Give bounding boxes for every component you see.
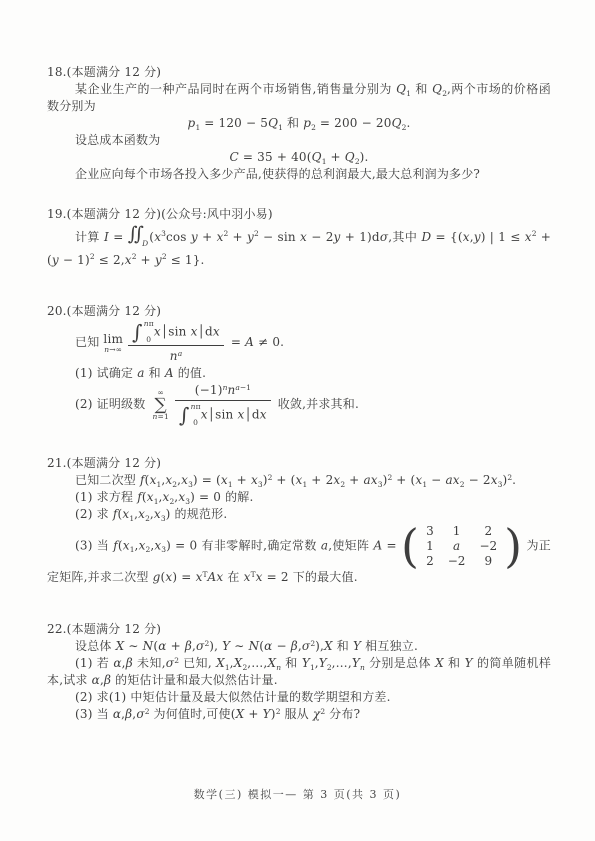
problem-text-line: (2) 证明级数 ∞∑n=1(−1)nna−1∫nπ0x│sin x│dx 收敛… bbox=[47, 382, 551, 427]
matrix-cell: 9 bbox=[472, 554, 504, 569]
matrix-cell: −2 bbox=[441, 554, 473, 569]
matrix-left-paren: ( bbox=[401, 523, 419, 569]
matrix-row: 2−29 bbox=[419, 554, 504, 569]
matrix: (3121a−22−29) bbox=[401, 523, 522, 569]
problem-text-line: 设总体 X ∼ N(α + β,σ2), Y ∼ N(α − β,σ2),X 和… bbox=[47, 638, 551, 655]
problem-heading: 18.(本题满分 12 分) bbox=[47, 64, 551, 81]
matrix-cell: a bbox=[441, 539, 473, 554]
problem-text-line: 企业应向每个市场各投入多少产品,使获得的总利润最大,最大总利润为多少? bbox=[47, 166, 551, 183]
integral-operator: ∫nπ0 bbox=[132, 320, 154, 344]
matrix-row: 1a−2 bbox=[419, 539, 504, 554]
fraction: ∫nπ0x│sin x│dxna bbox=[128, 320, 224, 365]
matrix-cell: 1 bbox=[441, 524, 473, 539]
matrix-row: 312 bbox=[419, 524, 504, 539]
problem-19: 19.(本题满分 12 分)(公众号:风中羽小易)计算 I = ∬D(x3cos… bbox=[47, 206, 551, 269]
problem-text-line: (1) 若 α,β 未知,σ2 已知, X1,X2,…,Xn 和 Y1,Y2,…… bbox=[47, 655, 551, 689]
problem-text-line: (3) 当 f(x1,x2,x3) = 0 有非零解时,确定常数 a,使矩阵 A… bbox=[47, 523, 551, 586]
problem-22: 22.(本题满分 12 分)设总体 X ∼ N(α + β,σ2), Y ∼ N… bbox=[47, 621, 551, 723]
problem-text-line: (2) 求(1) 中矩估计量及最大似然估计量的数学期望和方差. bbox=[47, 689, 551, 706]
problem-text-line: 已知 limn→∞∫nπ0x│sin x│dxna = A ≠ 0. bbox=[47, 320, 551, 365]
problem-18: 18.(本题满分 12 分)某企业生产的一种产品同时在两个市场销售,销售量分别为… bbox=[47, 64, 551, 183]
double-integral-operator: ∬D bbox=[128, 223, 150, 252]
fraction: (−1)nna−1∫nπ0x│sin x│dx bbox=[175, 382, 271, 427]
problem-text-line: p1 = 120 − 5Q1 和 p2 = 200 − 20Q2. bbox=[47, 115, 551, 132]
exam-page: 18.(本题满分 12 分)某企业生产的一种产品同时在两个市场销售,销售量分别为… bbox=[0, 0, 595, 841]
problem-text-line: (3) 当 α,β,σ2 为何值时,可使(X + Y)2 服从 χ2 分布? bbox=[47, 706, 551, 723]
integral-operator: ∫nπ0 bbox=[179, 403, 201, 427]
matrix-cell: 2 bbox=[472, 524, 504, 539]
problem-text-line: 计算 I = ∬D(x3cos y + x2 + y2 − sin x − 2y… bbox=[47, 223, 551, 269]
problem-text-line: (1) 求方程 f(x1,x2,x3) = 0 的解. bbox=[47, 489, 551, 506]
problem-20: 20.(本题满分 12 分)已知 limn→∞∫nπ0x│sin x│dxna … bbox=[47, 303, 551, 427]
matrix-cell: 3 bbox=[419, 524, 441, 539]
problem-heading: 21.(本题满分 12 分) bbox=[47, 455, 551, 472]
problem-text-line: 设总成本函数为 bbox=[47, 132, 551, 149]
page-footer: 数学(三) 模拟一— 第 3 页(共 3 页) bbox=[0, 786, 595, 802]
limit-operator: limn→∞ bbox=[103, 333, 123, 353]
problem-text-line: 某企业生产的一种产品同时在两个市场销售,销售量分别为 Q1 和 Q2,两个市场的… bbox=[47, 81, 551, 115]
matrix-cell: −2 bbox=[472, 539, 504, 554]
matrix-right-paren: ) bbox=[504, 523, 522, 569]
summation-operator: ∞∑n=1 bbox=[152, 389, 169, 421]
matrix-cell: 2 bbox=[419, 554, 441, 569]
problem-text-line: (1) 试确定 a 和 A 的值. bbox=[47, 365, 551, 382]
problem-21: 21.(本题满分 12 分)已知二次型 f(x1,x2,x3) = (x1 + … bbox=[47, 455, 551, 586]
problem-text-line: (2) 求 f(x1,x2,x3) 的规范形. bbox=[47, 506, 551, 523]
matrix-cell: 1 bbox=[419, 539, 441, 554]
problem-text-line: 已知二次型 f(x1,x2,x3) = (x1 + x3)2 + (x1 + 2… bbox=[47, 472, 551, 489]
problem-heading: 22.(本题满分 12 分) bbox=[47, 621, 551, 638]
problem-heading: 19.(本题满分 12 分)(公众号:风中羽小易) bbox=[47, 206, 551, 223]
problem-heading: 20.(本题满分 12 分) bbox=[47, 303, 551, 320]
problem-text-line: C = 35 + 40(Q1 + Q2). bbox=[47, 149, 551, 166]
